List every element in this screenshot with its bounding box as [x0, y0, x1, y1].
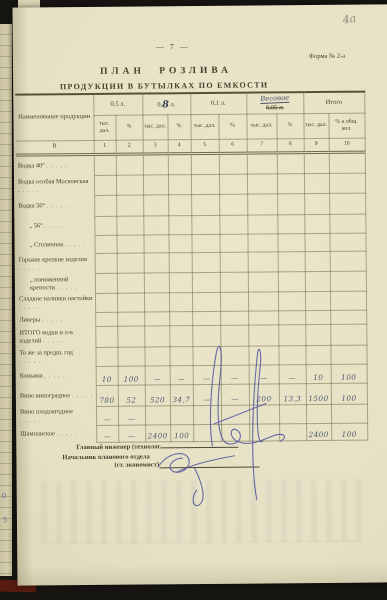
value-cell: —: [221, 365, 249, 384]
value-cell: [143, 175, 168, 195]
value-cell: [248, 292, 278, 311]
col-index: 3: [143, 140, 168, 154]
value-cell: [331, 404, 367, 423]
value-cell: 100: [118, 366, 145, 385]
dot-leader: . . . . .: [18, 187, 39, 193]
value-cell: —: [193, 365, 221, 384]
bottling-plan-table: Наименование продукции 0,5 л. 0,8 л. 0,1…: [15, 91, 368, 444]
value-cell: [219, 153, 247, 174]
value-cell: [168, 235, 191, 253]
value-cell: [278, 292, 305, 311]
value-cell: [116, 195, 143, 216]
col-index: 6: [219, 139, 247, 153]
planning-head-label-line2: (ст. экономист): [62, 461, 159, 469]
col-index: 2: [116, 140, 143, 154]
value-cell: [220, 346, 248, 365]
value-cell: [117, 347, 144, 366]
col-index: 9: [304, 138, 329, 152]
value-cell: [95, 326, 117, 347]
value-cell: [330, 345, 366, 364]
value-cell: [168, 154, 191, 175]
value-cell: —: [118, 406, 145, 425]
value-cell: [277, 194, 304, 215]
value-cell: 10: [306, 364, 331, 383]
col-index: 5: [191, 139, 219, 153]
struck-0-05l-label: 0,05 л.: [266, 104, 284, 111]
signature-underline: [159, 460, 259, 469]
value-cell: 34,7: [170, 385, 193, 406]
printed-suffix: л.: [169, 101, 176, 108]
value-cell: [219, 194, 247, 215]
value-cell: —: [96, 406, 118, 425]
value-cell: [329, 173, 365, 193]
value-cell: [304, 193, 329, 214]
row-label: Ликеры . . . . .: [17, 312, 95, 327]
row-label: Сладкие наливки настойки . . . . .: [17, 293, 95, 313]
value-cell: [94, 235, 116, 253]
value-cell: [143, 216, 168, 235]
value-cell: [144, 293, 169, 312]
value-cell: [279, 424, 306, 441]
value-cell: [329, 193, 365, 214]
value-cell: [94, 175, 116, 195]
row-label: „ пониженной крепости . . . . .: [17, 273, 95, 294]
planning-head-label-line1: Начальник планового отдела: [62, 453, 149, 461]
value-cell: 200: [249, 384, 279, 405]
value-cell: [305, 310, 330, 324]
dot-leader: . . . . .: [44, 373, 65, 379]
value-cell: [248, 252, 278, 272]
value-cell: 780: [96, 385, 118, 406]
row-label: „ Столичная . . . . .: [16, 235, 94, 254]
value-cell: [330, 310, 366, 324]
value-cell: [191, 215, 219, 234]
value-cell: [143, 235, 168, 253]
value-cell: [116, 235, 143, 253]
dot-leader: . . . . .: [44, 223, 65, 229]
value-cell: [277, 153, 304, 174]
row-label: Водка особая Московская . . . . .: [16, 175, 94, 196]
value-cell: [191, 194, 219, 215]
value-cell: [248, 311, 278, 325]
row-label: Горькие крепкие изделия . . . . .: [17, 253, 95, 274]
row-label: „ 56° . . . . .: [16, 216, 94, 236]
value-cell: [191, 234, 219, 252]
value-cell: [191, 153, 219, 174]
value-cell: —: [279, 365, 306, 384]
value-cell: [192, 311, 220, 325]
value-cell: [117, 293, 144, 312]
value-cell: [116, 175, 143, 195]
planning-head-label: Начальник планового отдела(ст. экономист…: [62, 453, 159, 469]
value-cell: [278, 252, 305, 272]
value-cell: [144, 273, 169, 293]
value-cell: [192, 252, 220, 272]
value-cell: [169, 253, 192, 273]
value-cell: [169, 273, 192, 293]
value-cell: [95, 312, 117, 326]
value-cell: [249, 424, 279, 441]
value-cell: [278, 325, 305, 346]
value-cell: [220, 292, 248, 311]
row-label: Вино виноградное . . . . .: [18, 385, 96, 407]
row-label: Водка 50° . . . . .: [16, 195, 94, 217]
value-cell: [304, 152, 329, 173]
subheader-qty: тыс. дал.: [303, 113, 328, 138]
value-cell: [169, 293, 192, 312]
form-number-label: Форма № 2-а: [309, 53, 345, 60]
reverse-side-show-through: [41, 479, 364, 545]
value-cell: [192, 346, 220, 365]
table-row: Водка 40° . . . . .: [16, 152, 365, 176]
value-cell: [94, 216, 116, 235]
dot-leader: . . . . .: [43, 338, 64, 344]
col-group-0-5l: 0,5 л.: [93, 94, 142, 116]
value-cell: [143, 154, 168, 175]
dot-leader: . . . . .: [57, 431, 78, 437]
value-cell: 13,3: [279, 384, 306, 405]
value-cell: [95, 347, 117, 366]
adjacent-page-writing: 0: [1, 491, 8, 500]
value-cell: —: [221, 384, 249, 405]
row-label: То же за предш. год . . . . .: [17, 347, 95, 367]
value-cell: [94, 154, 116, 175]
value-cell: 100: [331, 423, 367, 440]
table-row: ИТОГО водки и л-в изделий . . . . .: [17, 324, 366, 348]
value-cell: [220, 311, 248, 325]
value-cell: —: [145, 366, 170, 385]
value-cell: [192, 325, 220, 346]
value-cell: [248, 272, 278, 292]
value-cell: [248, 325, 278, 346]
value-cell: 2400: [306, 423, 331, 440]
value-cell: —: [170, 366, 193, 385]
value-cell: [305, 271, 330, 291]
value-cell: [116, 154, 143, 175]
value-cell: [169, 326, 192, 347]
value-cell: [170, 406, 193, 425]
col-index: 10: [329, 138, 365, 152]
subheader-pct: %: [276, 114, 303, 139]
subheader-pct: %: [218, 114, 246, 139]
value-cell: [193, 405, 221, 424]
column-group-header-row: Наименование продукции 0,5 л. 0,8 л. 0,1…: [15, 92, 364, 117]
dot-leader: . . . . .: [72, 393, 93, 399]
plan-table-body: Водка 40° . . . . .Водка особая Московск…: [16, 152, 368, 443]
value-cell: [304, 214, 329, 233]
value-cell: [95, 253, 117, 273]
col-index: 8: [277, 139, 304, 153]
value-cell: [168, 216, 191, 235]
value-cell: [169, 312, 192, 326]
value-cell: [219, 215, 247, 234]
dot-leader: . . . . .: [19, 304, 40, 310]
value-cell: [305, 251, 330, 271]
handwritten-vesovoe-label: Весовое: [260, 94, 289, 105]
value-cell: 100: [331, 383, 367, 404]
col-index: В: [16, 140, 94, 155]
value-cell: [247, 174, 277, 194]
value-cell: [144, 312, 169, 326]
value-cell: [191, 174, 219, 194]
value-cell: [144, 253, 169, 273]
value-cell: [95, 293, 117, 312]
subheader-pct: %: [167, 115, 190, 140]
subheader-qty: тыс. дал.: [142, 115, 167, 140]
value-cell: [144, 326, 169, 347]
dot-leader: . . . . .: [65, 242, 86, 248]
value-cell: [278, 346, 305, 365]
value-cell: [169, 347, 192, 366]
table-row: Вино виноградное . . . . .7805252034,7——…: [18, 383, 367, 407]
value-cell: [278, 311, 305, 325]
value-cell: [248, 346, 278, 365]
value-cell: [168, 175, 191, 195]
col-group-0-1l: 0,1 л.: [190, 93, 246, 115]
value-cell: [168, 195, 191, 216]
value-cell: [330, 251, 366, 271]
value-cell: [306, 404, 331, 423]
document-title: ПЛАН РОЗЛИВА: [13, 65, 319, 78]
row-label: Вино плодоягодное . . . . .: [18, 406, 96, 426]
adjacent-page-writing: 5: [2, 516, 8, 525]
page-number: — 7 —: [13, 41, 333, 53]
value-cell: 520: [145, 385, 170, 406]
col-group-vesovoe: Весовое0,05 л.: [246, 92, 303, 114]
value-cell: [277, 215, 304, 234]
dot-leader: . . . . .: [46, 163, 67, 169]
col-group-total: Итого: [303, 92, 364, 114]
value-cell: [277, 234, 304, 252]
dot-leader: . . . . .: [42, 317, 63, 323]
value-cell: [304, 233, 329, 251]
col-group-0-8l: 0,8 л.: [142, 93, 190, 115]
value-cell: [247, 194, 277, 215]
dot-leader: . . . . .: [47, 203, 68, 209]
value-cell: [117, 253, 144, 273]
document-subtitle: ПРОДУКЦИИ В БУТЫЛКАХ ПО ЕМКОСТИ: [13, 80, 315, 92]
value-cell: [249, 405, 279, 424]
value-cell: [220, 252, 248, 272]
value-cell: [305, 324, 330, 345]
value-cell: [330, 291, 366, 310]
row-label: Водка 40° . . . . .: [16, 154, 94, 176]
signature-underline: [160, 440, 238, 449]
row-label: ИТОГО водки и л-в изделий . . . . .: [17, 326, 95, 348]
value-cell: [220, 272, 248, 292]
value-cell: [247, 153, 277, 174]
value-cell: [247, 234, 277, 252]
value-cell: [329, 214, 365, 233]
value-cell: [117, 312, 144, 326]
value-cell: [143, 195, 168, 216]
value-cell: [330, 271, 366, 291]
value-cell: [247, 215, 277, 234]
table-row: Водка 50° . . . . .: [16, 193, 365, 217]
col-index: 1: [94, 140, 116, 154]
value-cell: [278, 272, 305, 292]
chief-engineer-signature-line: Главный инженер (технолог: [76, 440, 238, 451]
value-cell: [219, 234, 247, 252]
col-index: 4: [168, 140, 191, 154]
subheader-pct: %: [115, 115, 142, 140]
subheader-qty: тыс. дал.: [93, 115, 115, 140]
dot-leader: . . . . .: [56, 285, 77, 291]
dot-leader: . . . . .: [20, 417, 41, 423]
value-cell: [192, 292, 220, 311]
dot-leader: . . . . .: [20, 358, 41, 364]
document-page: 4а — 7 — Форма № 2-а ПЛАН РОЗЛИВА ПРОДУК…: [12, 4, 387, 585]
value-cell: —: [193, 384, 221, 405]
value-cell: [304, 173, 329, 193]
name-column-header: Наименование продукции: [15, 94, 93, 141]
planning-head-signature-line: Начальник планового отдела(ст. экономист…: [62, 453, 259, 470]
value-cell: [145, 406, 170, 425]
value-cell: [305, 345, 330, 364]
value-cell: [116, 216, 143, 235]
value-cell: [94, 195, 116, 216]
dot-leader: . . . . .: [19, 265, 40, 271]
value-cell: [279, 405, 306, 424]
handwritten-overwrite-digit: 8: [162, 99, 169, 110]
value-cell: [330, 324, 366, 345]
value-cell: 10: [96, 366, 118, 385]
value-cell: —: [249, 365, 279, 384]
value-cell: [95, 273, 117, 293]
value-cell: [221, 405, 249, 424]
value-cell: [329, 152, 365, 173]
value-cell: [305, 291, 330, 310]
value-cell: [117, 273, 144, 293]
value-cell: [277, 174, 304, 194]
chief-engineer-label: Главный инженер (технолог: [76, 443, 160, 451]
value-cell: [220, 325, 248, 346]
value-cell: [192, 272, 220, 292]
value-cell: 100: [331, 364, 367, 383]
col-index: 7: [247, 139, 277, 153]
subheader-qty: тыс. дал.: [190, 114, 218, 139]
adjacent-page-edge: 0 5: [0, 24, 12, 576]
row-label: Коньяки . . . . .: [18, 366, 96, 386]
scanned-document-photo: 0 5 4а — 7 — Форма № 2-а ПЛАН РОЗЛИВА ПР…: [0, 0, 387, 600]
handwritten-corner-note: 4а: [342, 12, 357, 27]
value-cell: [219, 174, 247, 194]
value-cell: [117, 326, 144, 347]
value-cell: 1500: [306, 383, 331, 404]
value-cell: [144, 347, 169, 366]
value-cell: 52: [118, 385, 145, 406]
value-cell: [329, 233, 365, 251]
subheader-pct-total: % к общ. кол.: [328, 113, 364, 138]
subheader-qty: тыс. дал.: [246, 114, 276, 139]
